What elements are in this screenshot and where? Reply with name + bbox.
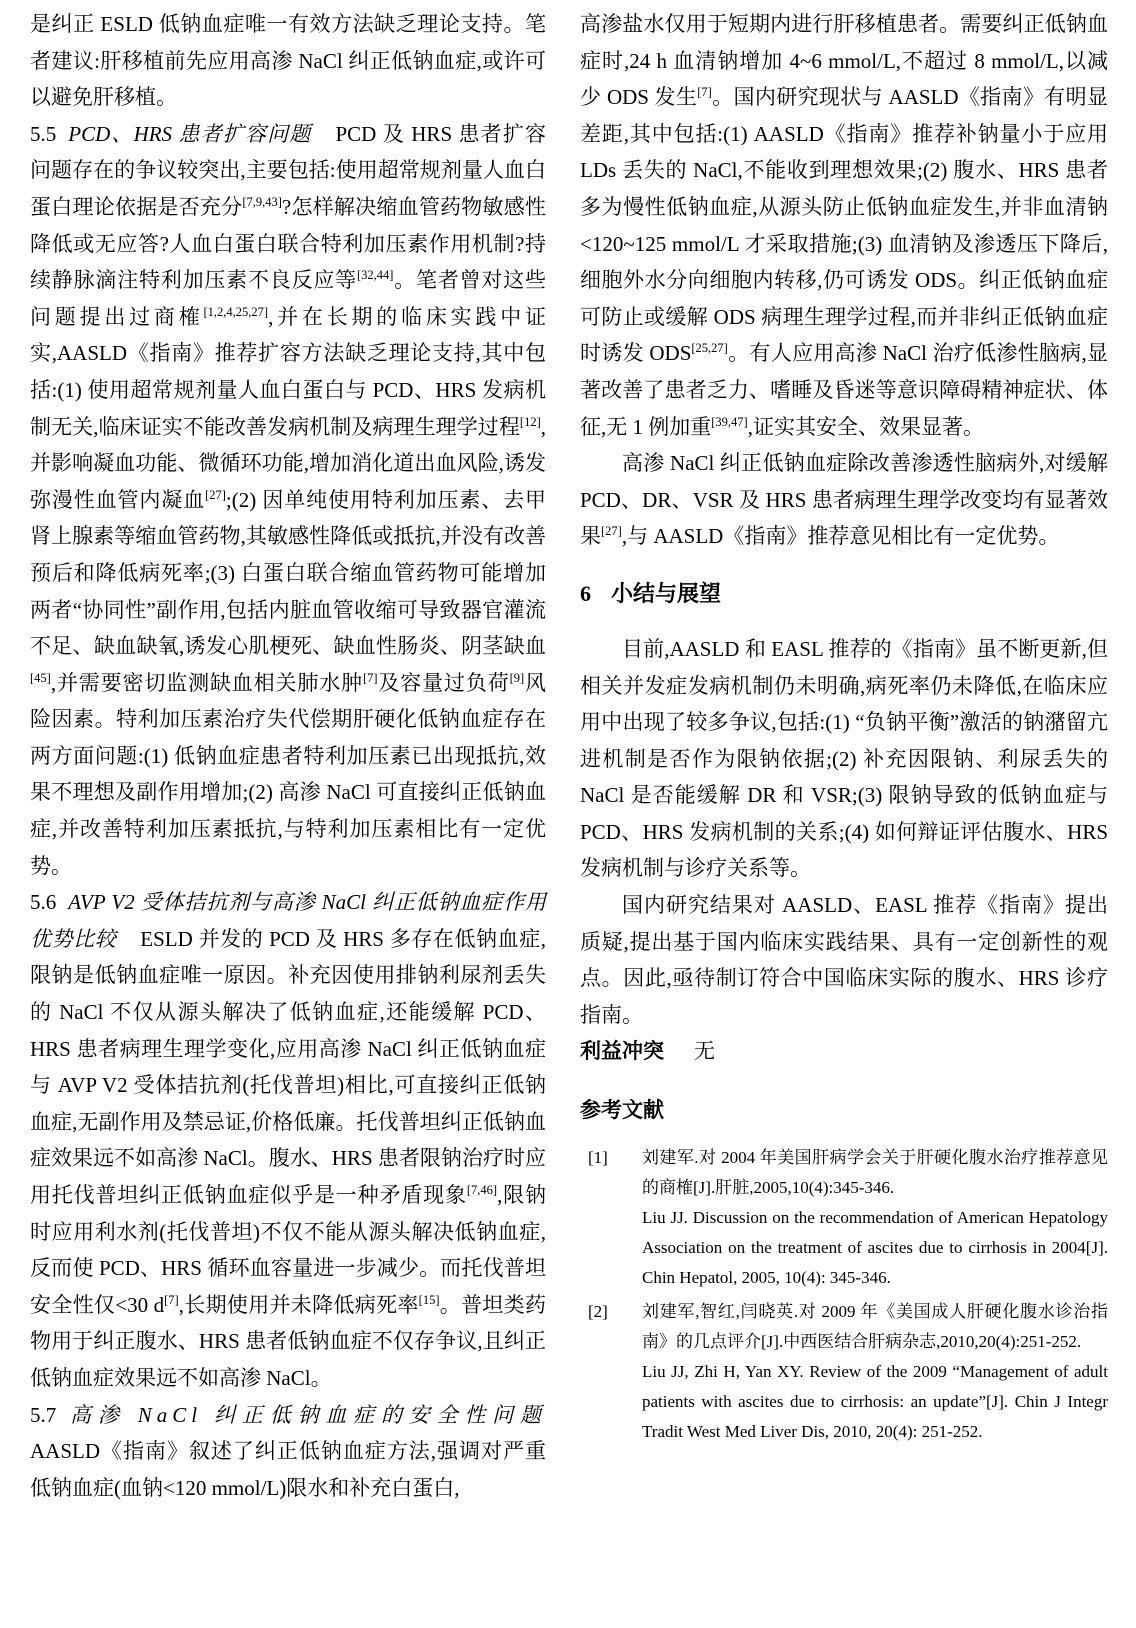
paragraph-nacl-advantage: 高渗 NaCl 纠正低钠血症除改善渗透性脑病外,对缓解 PCD、DR、VSR 及… <box>580 445 1108 555</box>
subsection-5-5-text: PCD 及 HRS 患者扩容问题存在的争议较突出,主要包括:使用超常规剂量人血白… <box>30 122 546 878</box>
section-6-number: 6 <box>580 581 591 606</box>
reference-english: Liu JJ. Discussion on the recommendation… <box>642 1203 1108 1293</box>
subsection-5-7-number: 5.7 <box>30 1403 56 1427</box>
right-column: 高渗盐水仅用于短期内进行肝移植患者。需要纠正低钠血症时,24 h 血清钠增加 4… <box>580 6 1108 1628</box>
reference-item: [2] 刘建军,智红,闫晓英.对 2009 年《美国成人肝硬化腹水诊治指南》的几… <box>580 1297 1108 1447</box>
reference-english: Liu JJ, Zhi H, Yan XY. Review of the 200… <box>642 1357 1108 1447</box>
section-6-heading: 6小结与展望 <box>580 579 1108 609</box>
paragraph-left-continued: 是纠正 ESLD 低钠血症唯一有效方法缺乏理论支持。笔者建议:肝移植前先应用高渗… <box>30 6 546 116</box>
references-heading: 参考文献 <box>580 1097 1108 1125</box>
references-list: [1] 刘建军.对 2004 年美国肝病学会关于肝硬化腹水治疗推荐意见的商榷[J… <box>580 1143 1108 1447</box>
subsection-5-7-title: 高渗 NaCl 纠正低钠血症的安全性问题 <box>68 1403 546 1427</box>
section-5-5: 5.5PCD、HRS 患者扩容问题PCD 及 HRS 患者扩容问题存在的争议较突… <box>30 116 546 884</box>
reference-number: [2] <box>588 1297 608 1327</box>
reference-chinese: 刘建军.对 2004 年美国肝病学会关于肝硬化腹水治疗推荐意见的商榷[J].肝脏… <box>642 1143 1108 1203</box>
subsection-5-6-number: 5.6 <box>30 890 56 914</box>
paragraph-summary-2: 国内研究结果对 AASLD、EASL 推荐《指南》提出质疑,提出基于国内临床实践… <box>580 887 1108 1033</box>
subsection-5-5-title: PCD、HRS 患者扩容问题 <box>68 122 311 146</box>
reference-number: [1] <box>588 1143 608 1173</box>
reference-chinese: 刘建军,智红,闫晓英.对 2009 年《美国成人肝硬化腹水诊治指南》的几点评介[… <box>642 1297 1108 1357</box>
conflict-value: 无 <box>694 1039 715 1063</box>
section-6-title: 小结与展望 <box>611 581 721 606</box>
paragraph-right-continued: 高渗盐水仅用于短期内进行肝移植患者。需要纠正低钠血症时,24 h 血清钠增加 4… <box>580 6 1108 445</box>
section-5-7-text: AASLD《指南》叙述了纠正低钠血症方法,强调对严重低钠血症(血钠<120 mm… <box>30 1433 546 1506</box>
section-5-6: 5.6AVP V2 受体拮抗剂与高渗 NaCl 纠正低钠血症作用优势比较ESLD… <box>30 884 546 1396</box>
paper-page: 是纠正 ESLD 低钠血症唯一有效方法缺乏理论支持。笔者建议:肝移植前先应用高渗… <box>0 0 1136 1628</box>
section-5-7-heading: 5.7高渗 NaCl 纠正低钠血症的安全性问题 <box>30 1397 546 1434</box>
conflict-of-interest-line: 利益冲突无 <box>580 1033 1108 1071</box>
reference-item: [1] 刘建军.对 2004 年美国肝病学会关于肝硬化腹水治疗推荐意见的商榷[J… <box>580 1143 1108 1293</box>
subsection-5-6-text: ESLD 并发的 PCD 及 HRS 多存在低钠血症,限钠是低钠血症唯一原因。补… <box>30 927 546 1390</box>
subsection-5-5-number: 5.5 <box>30 122 56 146</box>
paragraph-summary-1: 目前,AASLD 和 EASL 推荐的《指南》虽不断更新,但相关并发症发病机制仍… <box>580 631 1108 887</box>
left-column: 是纠正 ESLD 低钠血症唯一有效方法缺乏理论支持。笔者建议:肝移植前先应用高渗… <box>30 6 546 1628</box>
conflict-label: 利益冲突 <box>580 1040 664 1063</box>
